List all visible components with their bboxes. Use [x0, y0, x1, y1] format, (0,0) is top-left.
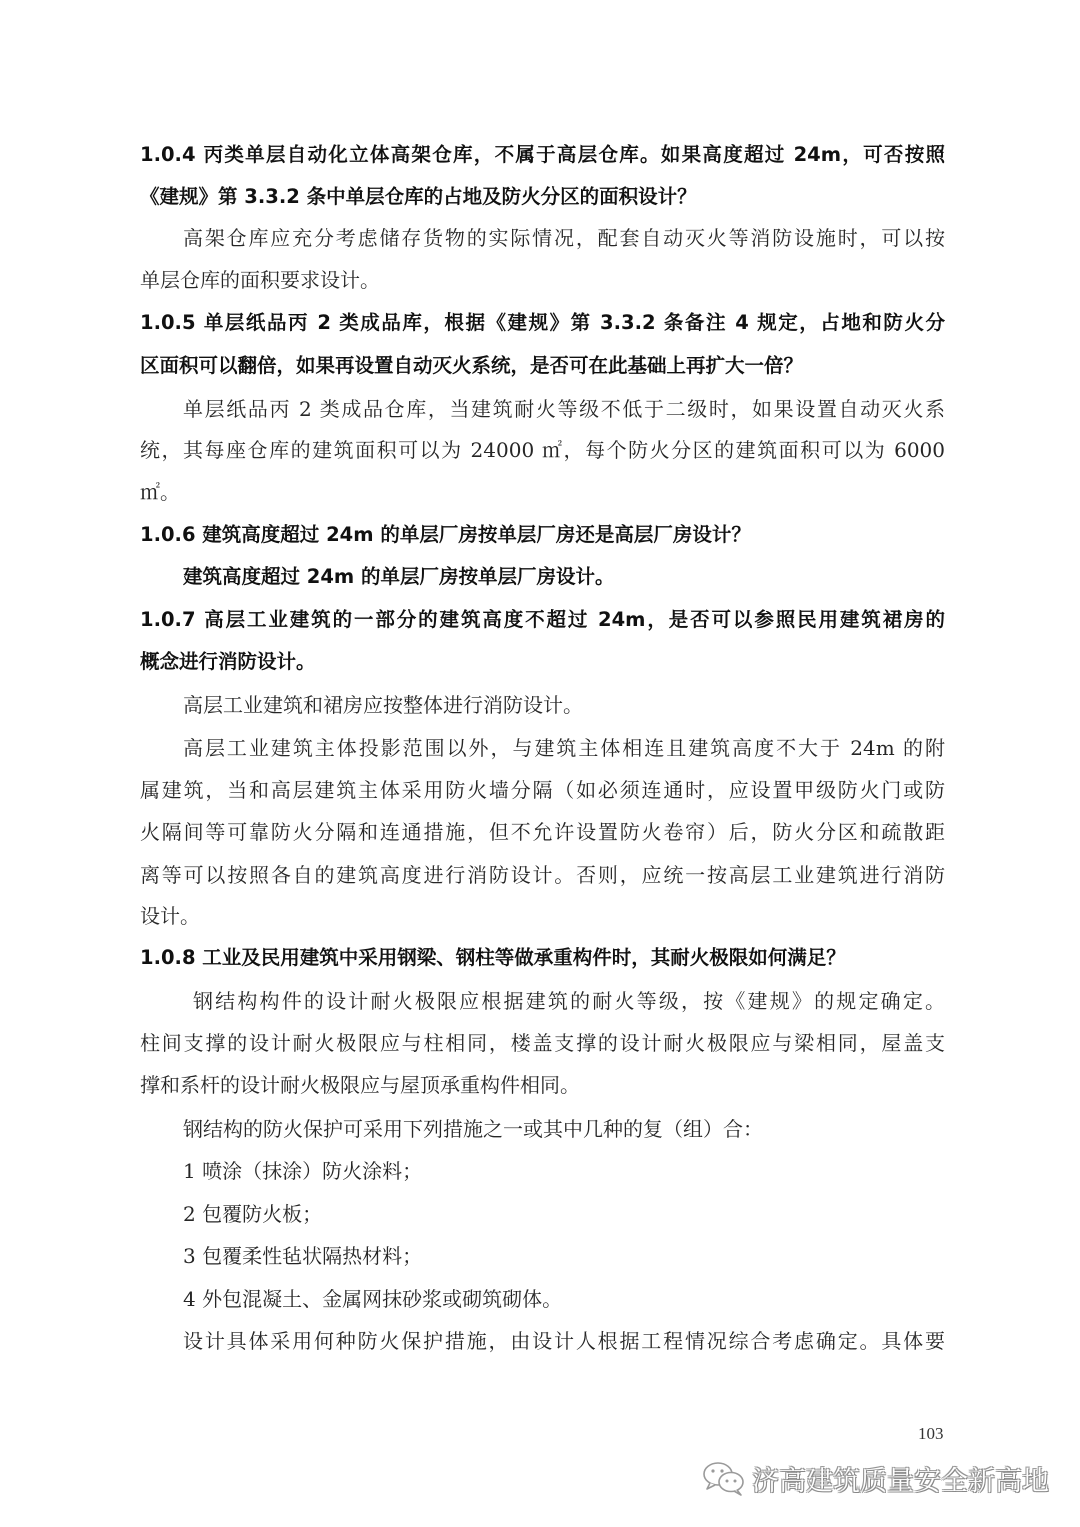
answer-1-0-5-line-2: 统，其每座仓库的建筑面积可以为 24000 ㎡，每个防火分区的建筑面积可以为 6… — [140, 429, 945, 471]
question-1-0-6: 1.0.6 建筑高度超过 24m 的单层厂房按单层厂房还是高层厂房设计？ — [140, 514, 945, 556]
watermark: 济高建筑质量安全新高地 — [702, 1458, 1049, 1498]
question-1-0-4-line-2: 《建规》第 3.3.2 条中单层仓库的占地及防火分区的面积设计？ — [140, 176, 945, 218]
question-1-0-5-line-1: 1.0.5 单层纸品丙 2 类成品库，根据《建规》第 3.3.2 条备注 4 规… — [140, 302, 945, 344]
answer-1-0-5-line-3: ㎡。 — [140, 471, 945, 513]
answer-1-0-8-para-1-line-3: 撑和系杆的设计耐火极限应与屋顶承重构件相同。 — [140, 1064, 945, 1106]
question-1-0-5-line-2: 区面积可以翻倍，如果再设置自动灭火系统，是否可在此基础上再扩大一倍？ — [140, 345, 945, 387]
answer-1-0-4-line-1: 高架仓库应充分考虑储存货物的实际情况，配套自动灭火等消防设施时，可以按 — [183, 217, 945, 259]
question-1-0-7-line-1: 1.0.7 高层工业建筑的一部分的建筑高度不超过 24m，是否可以参照民用建筑裙… — [140, 599, 945, 641]
answer-1-0-7-para-2-line-1: 高层工业建筑主体投影范围以外，与建筑主体相连且建筑高度不大于 24m 的附 — [183, 727, 945, 769]
question-1-0-4-line-1: 1.0.4 丙类单层自动化立体高架仓库，不属于高层仓库。如果高度超过 24m，可… — [140, 134, 945, 176]
answer-1-0-7-para-1: 高层工业建筑和裙房应按整体进行消防设计。 — [183, 684, 945, 726]
answer-1-0-7-para-2-line-4: 离等可以按照各自的建筑高度进行消防设计。否则，应统一按高层工业建筑进行消防 — [140, 854, 945, 896]
list-item-3: 3 包覆柔性毡状隔热材料； — [183, 1235, 945, 1277]
answer-1-0-7-para-2-line-3: 火隔间等可靠防火分隔和连通措施，但不允许设置防火卷帘）后，防火分区和疏散距 — [140, 811, 945, 853]
answer-1-0-8-para-1-line-2: 柱间支撑的设计耐火极限应与柱相同，楼盖支撑的设计耐火极限应与梁相同，屋盖支 — [140, 1022, 945, 1064]
answer-1-0-8-para-1-line-1: 钢结构构件的设计耐火极限应根据建筑的耐火等级，按《建规》的规定确定。 — [193, 980, 945, 1022]
question-1-0-7-line-2: 概念进行消防设计。 — [140, 641, 945, 683]
document-page: 1.0.4 丙类单层自动化立体高架仓库，不属于高层仓库。如果高度超过 24m，可… — [0, 0, 1080, 1527]
wechat-icon — [702, 1460, 746, 1496]
answer-1-0-5-line-1: 单层纸品丙 2 类成品仓库，当建筑耐火等级不低于二级时，如果设置自动灭火系 — [183, 388, 945, 430]
list-item-4: 4 外包混凝土、金属网抹砂浆或砌筑砌体。 — [183, 1278, 945, 1320]
answer-1-0-8-para-2: 钢结构的防火保护可采用下列措施之一或其中几种的复（组）合： — [183, 1108, 945, 1150]
page-number: 103 — [918, 1424, 944, 1444]
answer-1-0-8-para-3-line-1: 设计具体采用何种防火保护措施，由设计人根据工程情况综合考虑确定。具体要 — [183, 1320, 945, 1362]
answer-1-0-7-para-2-line-2: 属建筑，当和高层建筑主体采用防火墙分隔（如必须连通时，应设置甲级防火门或防 — [140, 769, 945, 811]
question-1-0-8: 1.0.8 工业及民用建筑中采用钢梁、钢柱等做承重构件时，其耐火极限如何满足？ — [140, 937, 945, 979]
answer-1-0-7-para-2-line-5: 设计。 — [140, 895, 945, 937]
answer-1-0-4-line-2: 单层仓库的面积要求设计。 — [140, 259, 945, 301]
list-item-1: 1 喷涂（抹涂）防火涂料； — [183, 1150, 945, 1192]
watermark-text: 济高建筑质量安全新高地 — [752, 1459, 1049, 1498]
answer-1-0-6: 建筑高度超过 24m 的单层厂房按单层厂房设计。 — [183, 556, 945, 598]
list-item-2: 2 包覆防火板； — [183, 1193, 945, 1235]
